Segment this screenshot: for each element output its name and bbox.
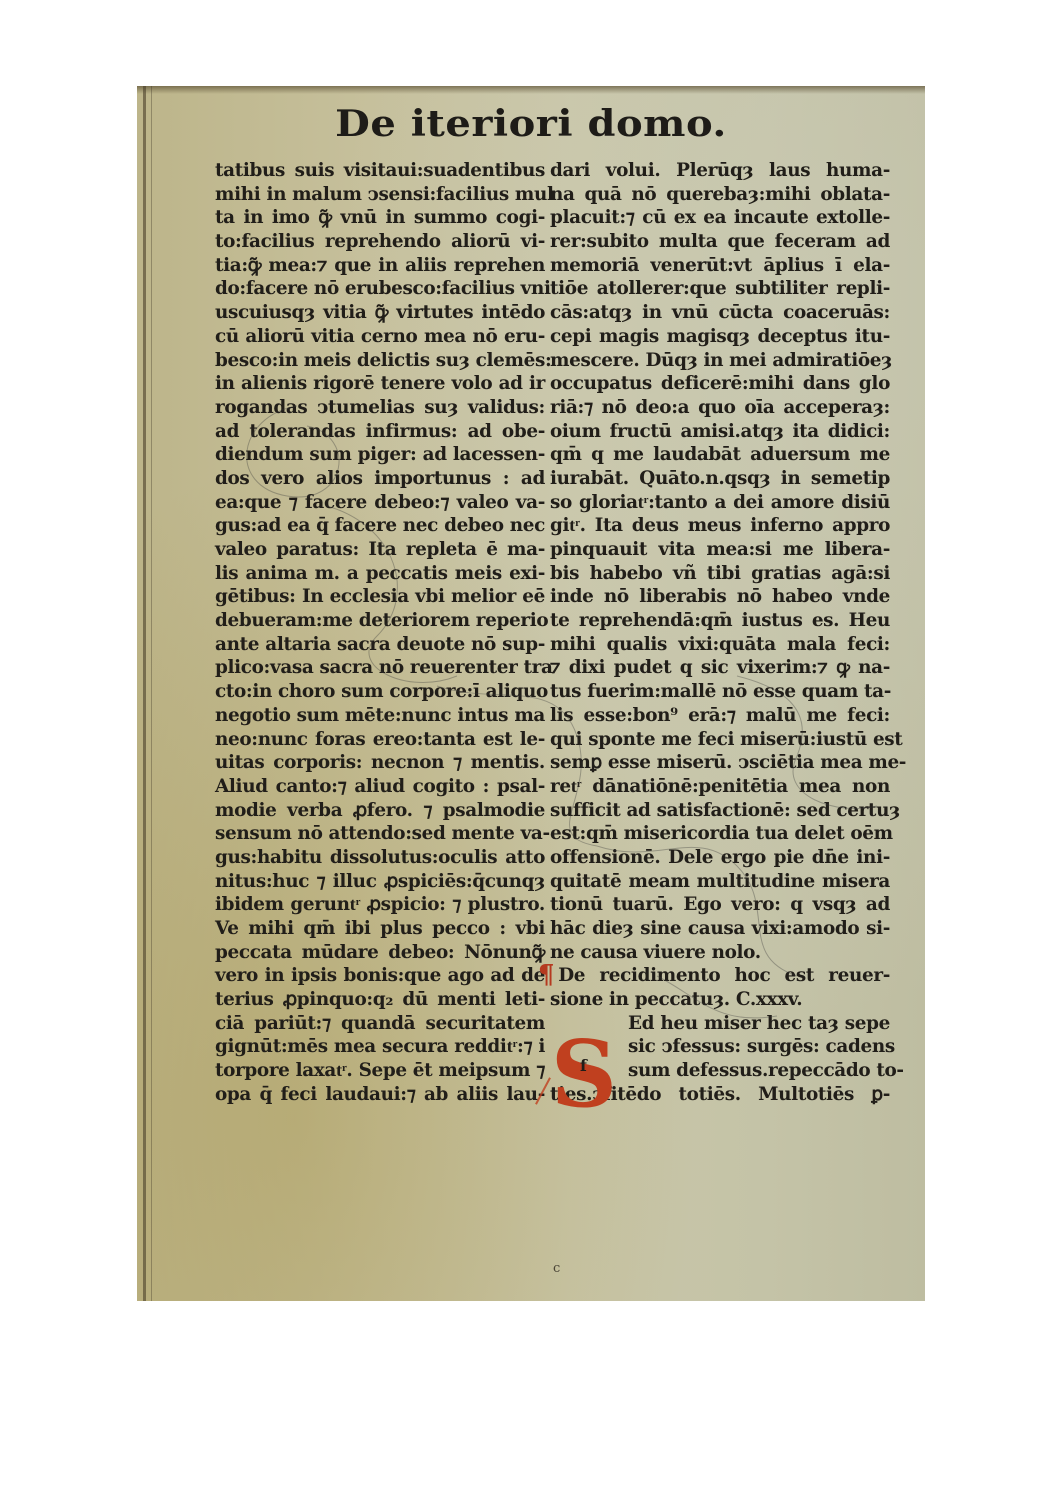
text-line: na quā nō querebaȝ:mihi oblata- [550,183,890,207]
text-line: ante altaria sacra deuote nō sup- [215,633,545,657]
text-line: qm̄ q me laudabāt aduersum me [550,443,890,467]
text-line: ⁊ dixi pudet q sic vixerim:⁊ ꝙ na- [550,656,890,680]
text-line: tia:ꝙ̃ mea:⁊ que in aliis reprehen [215,254,545,278]
text-line: placuit:⁊ cū ex ea incaute extolle- [550,206,890,230]
text-line: cū aliorū vitia cerno mea nō eru- [215,325,545,349]
text-line: inde nō liberabis nō habeo vnde [550,585,890,609]
text-line: oium fructū amisi.atqȝ ita didici: [550,420,890,444]
text-line: cepi magis magisqȝ deceptus itu- [550,325,890,349]
text-line: rer:subito multa que feceram ad [550,230,890,254]
text-line: ta in imo ꝙ̃ vnū in summo cogi- [215,206,545,230]
text-line: occupatus deficerē:mihi dans glo [550,372,890,396]
text-line: ea:que ⁊ facere debeo:⁊ valeo va- [215,491,545,515]
text-line: sensum nō attendo:sed mente va- [215,822,545,846]
text-line: opa q̄ feci laudaui:⁊ ab aliis lau- [215,1083,545,1107]
chapter-heading-line-1: ¶De recidimento hoc est reuer- [550,964,890,988]
text-line: nitus:huc ⁊ illuc ꝓspiciēs:q̄cunqȝ [215,870,545,894]
text-line: semꝑ esse miserū. ↄsciētia mea me- [550,751,890,775]
left-text-column: tatibus suis visitaui:suadentibusmihi in… [215,159,545,1107]
page-binding-edge [143,86,146,1301]
text-line: gētibus: In ecclesia vbi melior eē [215,585,545,609]
page-top-shadow [137,86,925,94]
chapter-heading: ¶De recidimento hoc est reuer- sione in … [550,964,890,1011]
text-line: diendum sum piger: ad lacessen- [215,443,545,467]
text-line: do:facere nō erubesco:facilius vni [215,277,545,301]
guide-letter: f [580,1056,587,1075]
text-line: gignūt:mēs mea secura redditͬ:⁊ i [215,1035,545,1059]
text-line: cto:in choro sum corpore:ī aliquo [215,680,545,704]
text-line: rogandas ↄtumelias suȝ validus: [215,396,545,420]
text-line: riā:⁊ nō deo:a quo oīa acceperaȝ: [550,396,890,420]
text-line: valeo paratus: Ita repleta ē ma- [215,538,545,562]
text-line: mihi in malum ↄsensi:facilius mul [215,183,545,207]
text-line: debueram:me deteriorem reperio [215,609,545,633]
text-line: neo:nunc foras ereo:tanta est le- [215,728,545,752]
text-line: est:qm̄ misericordia tua delet oēm [550,822,890,846]
text-line: vero in ipsis bonis:que ago ad de [215,964,545,988]
text-line: Aliud canto:⁊ aliud cogito : psal- [215,775,545,799]
text-line: terius ꝓpinquo:q₂ dū menti leti- [215,988,545,1012]
text-line: uitas corporis: necnon ⁊ mentis. [215,751,545,775]
text-line: pinquauit vita mea:si me libera- [550,538,890,562]
text-line: hāc dieȝ sine causa vixi:amodo si- [550,917,890,941]
running-head: De iteriori domo. [137,102,925,145]
text-line: negotio sum mēte:nunc intus ma [215,704,545,728]
text-line: sic ↄfessus: surgēs: cadens [628,1035,890,1059]
text-line: ciā pariūt:⁊ quandā securitatem [215,1012,545,1036]
text-line: plico:vasa sacra nō reuerenter tra [215,656,545,680]
text-line: tatibus suis visitaui:suadentibus [215,159,545,183]
text-line: lis esse:bon⁹ erā:⁊ malū me feci: [550,704,890,728]
text-line: in alienis rigorē tenere volo ad ir [215,372,545,396]
text-line: gus:ad ea q̄ facere nec debeo nec [215,514,545,538]
text-line: modie verba ꝓfero. ⁊ psalmodie [215,799,545,823]
text-line: cās:atqȝ in vnū cūcta coaceruās: [550,301,890,325]
signature-mark: c [553,1261,560,1276]
text-line: quitatē meam multitudine misera [550,870,890,894]
pilcrow-icon: ¶ [538,965,554,985]
text-line: gitͬ. Ita deus meus inferno appro [550,514,890,538]
chapter-heading-text: De recidimento hoc est reuer- [558,965,890,986]
text-line: ne causa viuere nolo. [550,941,890,965]
text-line: mihi qualis vixi:quāta mala feci: [550,633,890,657]
text-line: iurabāt. Quāto.n.qsqȝ in semetip [550,467,890,491]
right-text-column: dari volui. Plerūqȝ laus huma-na quā nō … [550,159,890,1107]
page-binding-edge-inner [151,86,152,1301]
text-line: lis anima m. a peccatis meis exi- [215,562,545,586]
text-line: uscuiusqȝ vitia ꝙ̃ virtutes intēdo [215,301,545,325]
text-line: Ve mihi qm̄ ibi plus pecco : vbi [215,917,545,941]
manuscript-page: De iteriori domo. tatibus suis visitaui:… [137,86,925,1301]
text-line: peccata mūdare debeo: Nōnunꝙ̃ [215,941,545,965]
text-line: besco:in meis delictis suȝ clemēs: [215,349,545,373]
right-column-body: dari volui. Plerūqȝ laus huma-na quā nō … [550,159,890,964]
text-line: dari volui. Plerūqȝ laus huma- [550,159,890,183]
text-line: torpore laxatͬ. Sepe ēt meipsum ⁊ [215,1059,545,1083]
chapter-heading-line-2: sione in peccatuȝ. C.xxxv. [550,988,890,1012]
text-line: retͬ dānatiōnē:penitētia mea non [550,775,890,799]
text-line: bis habebo vñ tibi gratias agā:si [550,562,890,586]
text-line: Ed heu miser hec taȝ sepe [628,1012,890,1036]
text-line: tus fuerim:mallē nō esse quam ta- [550,680,890,704]
text-line: ad tolerandas infirmus: ad obe- [215,420,545,444]
text-line: so gloriatͬ:tanto a dei amore disiū [550,491,890,515]
text-line: to:facilius reprehendo aliorū vi- [215,230,545,254]
text-line: tionū tuarū. Ego vero: q vsqȝ ad [550,893,890,917]
text-line: mescere. Dūqȝ in mei admiratiōeȝ [550,349,890,373]
text-line: offensionē. Dele ergo pie dn̄e ini- [550,846,890,870]
text-line: sum defessus.repeccādo to- [628,1059,890,1083]
text-line: ibidem geruntͬ ꝓspicio: ⁊ plustro. [215,893,545,917]
text-line: qui sponte me feci miserū:iustū est [550,728,890,752]
text-line: tiōe atollerer:que subtiliter repli- [550,277,890,301]
text-line: te reprehendā:qm̄ iustus es. Heu [550,609,890,633]
text-line: dos vero alios importunus : ad [215,467,545,491]
text-line: sufficit ad satisfactionē: sed certuȝ [550,799,890,823]
text-line: gus:habitu dissolutus:oculis atto [215,846,545,870]
text-line: memoriā venerūt:vt āplius ī ela- [550,254,890,278]
